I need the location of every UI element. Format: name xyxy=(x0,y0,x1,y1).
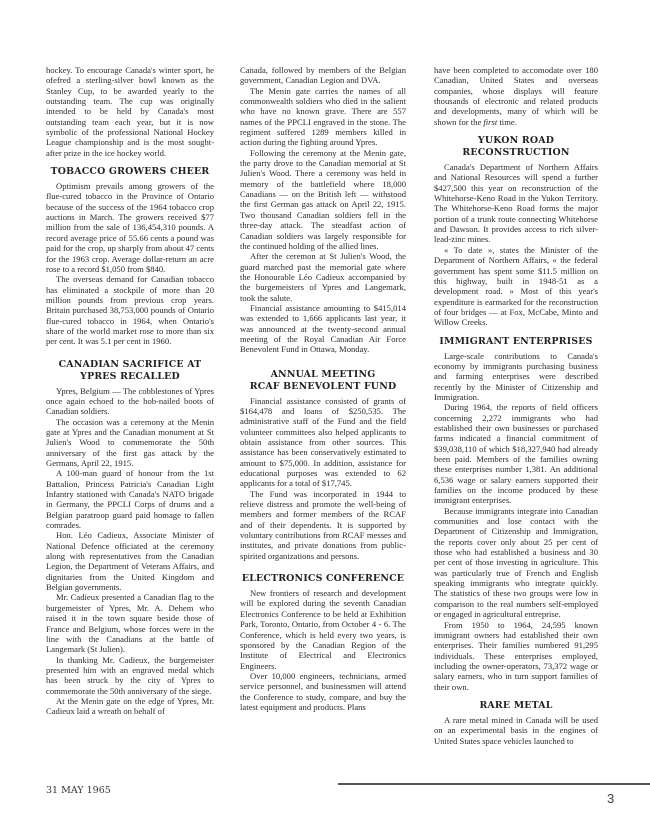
column-2: Canada, followed by members of the Belgi… xyxy=(240,65,406,712)
article-text: Over 10,000 engineers, technicians, arme… xyxy=(240,671,406,712)
headline-electronics-conference: ELECTRONICS CONFERENCE xyxy=(240,573,406,585)
article-text: Following the ceremony at the Menin gate… xyxy=(240,148,406,251)
headline-line: RCAF BENEVOLENT FUND xyxy=(250,381,397,392)
article-text: The overseas demand for Canadian tobacco… xyxy=(46,274,214,346)
headline-rare-metal: RARE METAL xyxy=(434,700,598,712)
article-text: New frontiers of research and developmen… xyxy=(240,588,406,671)
article-text: Because immigrants integrate into Canadi… xyxy=(434,506,598,620)
article-text: A rare metal mined in Canada will be use… xyxy=(434,715,598,746)
column-3: have been completed to accomodate over 1… xyxy=(434,65,598,746)
article-text: Canada's Department of Northern Affairs … xyxy=(434,162,598,245)
footer-rule xyxy=(338,783,650,785)
article-text-continued: have been completed to accomodate over 1… xyxy=(434,65,598,127)
article-text: At the Menin gate on the edge of Ypres, … xyxy=(46,696,214,717)
article-text: The Menin gate carries the names of all … xyxy=(240,86,406,148)
issue-date: 31 MAY 1965 xyxy=(46,785,111,796)
article-text: Optimism prevails among growers of the f… xyxy=(46,181,214,274)
emphasis-text: first xyxy=(483,117,497,127)
article-text: The occasion was a ceremony at the Menin… xyxy=(46,417,214,469)
article-text-hockey: hockey. To encourage Canada's winter spo… xyxy=(46,65,214,158)
headline-line: ANNUAL MEETING xyxy=(271,369,376,380)
article-text: Financial assistance amounting to $415,0… xyxy=(240,303,406,355)
article-text: Ypres, Belgium — The cobblestones of Ypr… xyxy=(46,386,214,417)
headline-yukon-road: YUKON ROAD RECONSTRUCTION xyxy=(434,135,598,159)
article-text: Hon. Léo Cadieux, Associate Minister of … xyxy=(46,530,214,592)
article-text: Mr. Cadieux presented a Canadian flag to… xyxy=(46,592,214,654)
article-text: After the ceremon at St Julien's Wood, t… xyxy=(240,251,406,303)
headline-ypres: CANADIAN SACRIFICE AT YPRES RECALLED xyxy=(46,359,214,383)
article-text: During 1964, the reports of field office… xyxy=(434,402,598,505)
article-text-continued: Canada, followed by members of the Belgi… xyxy=(240,65,406,86)
column-1: hockey. To encourage Canada's winter spo… xyxy=(46,65,214,717)
article-text: A 100-man guard of honour from the 1st B… xyxy=(46,468,214,530)
article-text: Financial assistance consisted of grants… xyxy=(240,396,406,489)
article-text: « To date », states the Minister of the … xyxy=(434,245,598,328)
headline-tobacco-growers: TOBACCO GROWERS CHEER xyxy=(46,166,214,178)
article-text: Large-scale contributions to Canada's ec… xyxy=(434,351,598,403)
article-text: The Fund was incorporated in 1944 to rel… xyxy=(240,489,406,561)
article-text: From 1950 to 1964, 24,595 known immigran… xyxy=(434,620,598,692)
text-run: time. xyxy=(497,117,517,127)
article-text: In thanking Mr. Cadieux, the burgemeiste… xyxy=(46,655,214,696)
page-number: 3 xyxy=(607,791,614,806)
headline-immigrant-enterprises: IMMIGRANT ENTERPRISES xyxy=(434,336,598,348)
headline-rcaf-fund: ANNUAL MEETING RCAF BENEVOLENT FUND xyxy=(240,369,406,393)
